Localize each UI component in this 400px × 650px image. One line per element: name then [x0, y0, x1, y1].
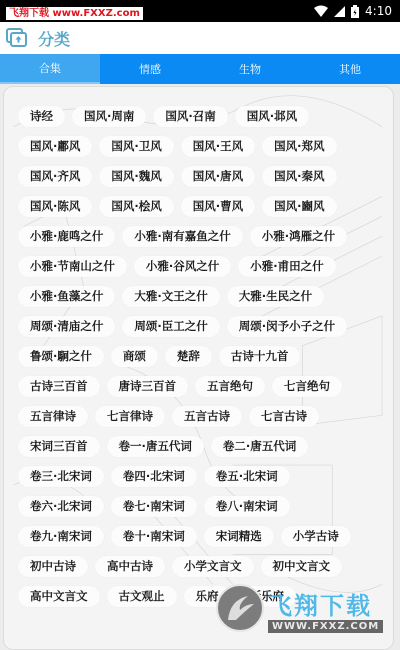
tag-item[interactable]: 国风·周南 — [72, 106, 146, 127]
tag-item[interactable]: 小雅·鸿雁之什 — [250, 226, 347, 247]
category-tabs: 合集 情感 生物 其他 — [0, 54, 400, 84]
app-bar: 分类 — [0, 22, 400, 54]
tag-item[interactable]: 小学文言文 — [172, 556, 254, 577]
watermark-label: 飞翔下载 www.FXXZ.com — [6, 7, 143, 20]
tag-row: 鲁颂·駉之什 商颂 楚辞 古诗十九首 — [18, 341, 393, 371]
wifi-icon — [314, 5, 328, 17]
tag-row: 卷六·北宋词 卷七·南宋词 卷八·南宋词 — [18, 491, 393, 521]
brand-logo-icon — [216, 584, 264, 632]
tab-emotion[interactable]: 情感 — [100, 54, 200, 84]
tag-row: 卷三·北宋词 卷四·北宋词 卷五·北宋词 — [18, 461, 393, 491]
clock-time: 4:10 — [365, 4, 392, 18]
tag-item[interactable]: 古文观止 — [107, 586, 177, 607]
tag-item[interactable]: 诗经 — [18, 106, 65, 127]
tag-item[interactable]: 国风·齐风 — [18, 166, 92, 187]
tag-row: 小雅·节南山之什 小雅·谷风之什 小雅·甫田之什 — [18, 251, 393, 281]
signal-icon — [334, 6, 345, 17]
tag-item[interactable]: 小雅·甫田之什 — [238, 256, 335, 277]
tag-item[interactable]: 小雅·鱼藻之什 — [18, 286, 115, 307]
tag-item[interactable]: 卷九·南宋词 — [18, 526, 104, 547]
tag-item[interactable]: 卷七·南宋词 — [111, 496, 197, 517]
tag-item[interactable]: 宋词精选 — [204, 526, 274, 547]
tag-item[interactable]: 商颂 — [111, 346, 158, 367]
tag-item[interactable]: 国风·陈风 — [18, 196, 92, 217]
tag-item[interactable]: 初中文言文 — [261, 556, 343, 577]
tag-item[interactable]: 卷四·北宋词 — [111, 466, 197, 487]
tag-item[interactable]: 高中古诗 — [95, 556, 165, 577]
tab-other[interactable]: 其他 — [300, 54, 400, 84]
tag-item[interactable]: 小雅·节南山之什 — [18, 256, 127, 277]
tag-item[interactable]: 卷二·唐五代词 — [211, 436, 308, 457]
tag-item[interactable]: 国风·秦风 — [262, 166, 336, 187]
tag-item[interactable]: 五言律诗 — [18, 406, 88, 427]
tag-item[interactable]: 国风·召南 — [153, 106, 227, 127]
tag-item[interactable]: 国风·曹风 — [181, 196, 255, 217]
tag-item[interactable]: 国风·豳风 — [262, 196, 336, 217]
tag-row: 周颂·清庙之什 周颂·臣工之什 周颂·闵予小子之什 — [18, 311, 393, 341]
tag-item[interactable]: 卷一·唐五代词 — [107, 436, 204, 457]
tag-item[interactable]: 大雅·文王之什 — [122, 286, 219, 307]
tag-item[interactable]: 卷三·北宋词 — [18, 466, 104, 487]
tag-row: 诗经 国风·周南 国风·召南 国风·邶风 — [18, 101, 393, 131]
tag-item[interactable]: 古诗十九首 — [219, 346, 301, 367]
tag-item[interactable]: 古诗三百首 — [18, 376, 100, 397]
brand-watermark: 飞翔下载 WWW.FXXZ.COM — [216, 584, 396, 642]
tag-item[interactable]: 卷五·北宋词 — [204, 466, 290, 487]
tag-list: 诗经 国风·周南 国风·召南 国风·邶风 国风·鄘风 国风·卫风 国风·王风 国… — [4, 87, 393, 611]
tag-row: 小雅·鹿鸣之什 小雅·南有嘉鱼之什 小雅·鸿雁之什 — [18, 221, 393, 251]
tag-item[interactable]: 小学古诗 — [281, 526, 351, 547]
tab-collection[interactable]: 合集 — [0, 54, 100, 84]
page-title: 分类 — [38, 27, 70, 50]
tag-item[interactable]: 五言绝句 — [195, 376, 265, 397]
tag-row: 小雅·鱼藻之什 大雅·文王之什 大雅·生民之什 — [18, 281, 393, 311]
tag-row: 卷九·南宋词 卷十·南宋词 宋词精选 小学古诗 — [18, 521, 393, 551]
tag-item[interactable]: 国风·魏风 — [99, 166, 173, 187]
tag-item[interactable]: 小雅·南有嘉鱼之什 — [122, 226, 242, 247]
tag-item[interactable]: 唐诗三百首 — [107, 376, 189, 397]
status-icons: 4:10 — [314, 3, 392, 19]
tag-item[interactable]: 国风·邶风 — [235, 106, 309, 127]
tag-item[interactable]: 国风·唐风 — [181, 166, 255, 187]
brand-watermark-text: 飞翔下载 — [268, 586, 372, 621]
tag-item[interactable]: 大雅·生民之什 — [227, 286, 324, 307]
category-folder-icon — [6, 28, 28, 48]
tag-item[interactable]: 国风·卫风 — [99, 136, 173, 157]
tag-row: 国风·鄘风 国风·卫风 国风·王风 国风·郑风 — [18, 131, 393, 161]
tag-item[interactable]: 国风·郑风 — [262, 136, 336, 157]
tag-item[interactable]: 卷六·北宋词 — [18, 496, 104, 517]
status-bar: 飞翔下载 www.FXXZ.com 4:10 — [0, 0, 400, 22]
tag-item[interactable]: 小雅·鹿鸣之什 — [18, 226, 115, 247]
tag-row: 初中古诗 高中古诗 小学文言文 初中文言文 — [18, 551, 393, 581]
tag-row: 古诗三百首 唐诗三百首 五言绝句 七言绝句 — [18, 371, 393, 401]
tag-item[interactable]: 卷八·南宋词 — [204, 496, 290, 517]
brand-watermark-url: WWW.FXXZ.COM — [268, 620, 383, 633]
tag-row: 国风·陈风 国风·桧风 国风·曹风 国风·豳风 — [18, 191, 393, 221]
tab-creatures[interactable]: 生物 — [200, 54, 300, 84]
tag-item[interactable]: 初中古诗 — [18, 556, 88, 577]
tag-item[interactable]: 七言律诗 — [95, 406, 165, 427]
tag-item[interactable]: 七言古诗 — [249, 406, 319, 427]
tag-item[interactable]: 周颂·清庙之什 — [18, 316, 115, 337]
battery-icon — [351, 5, 359, 18]
tag-item[interactable]: 国风·鄘风 — [18, 136, 92, 157]
tag-item[interactable]: 七言绝句 — [272, 376, 342, 397]
tag-item[interactable]: 周颂·闵予小子之什 — [227, 316, 347, 337]
tag-row: 五言律诗 七言律诗 五言古诗 七言古诗 — [18, 401, 393, 431]
tag-item[interactable]: 五言古诗 — [172, 406, 242, 427]
tag-item[interactable]: 国风·王风 — [181, 136, 255, 157]
tag-item[interactable]: 小雅·谷风之什 — [134, 256, 231, 277]
tag-panel: 诗经 国风·周南 国风·召南 国风·邶风 国风·鄘风 国风·卫风 国风·王风 国… — [3, 86, 394, 650]
tag-item[interactable]: 周颂·臣工之什 — [122, 316, 219, 337]
tag-item[interactable]: 鲁颂·駉之什 — [18, 346, 104, 367]
tag-row: 国风·齐风 国风·魏风 国风·唐风 国风·秦风 — [18, 161, 393, 191]
tag-item[interactable]: 卷十·南宋词 — [111, 526, 197, 547]
tag-row: 宋词三百首 卷一·唐五代词 卷二·唐五代词 — [18, 431, 393, 461]
tag-item[interactable]: 楚辞 — [165, 346, 212, 367]
tag-item[interactable]: 宋词三百首 — [18, 436, 100, 457]
tag-item[interactable]: 高中文言文 — [18, 586, 100, 607]
tag-item[interactable]: 国风·桧风 — [99, 196, 173, 217]
